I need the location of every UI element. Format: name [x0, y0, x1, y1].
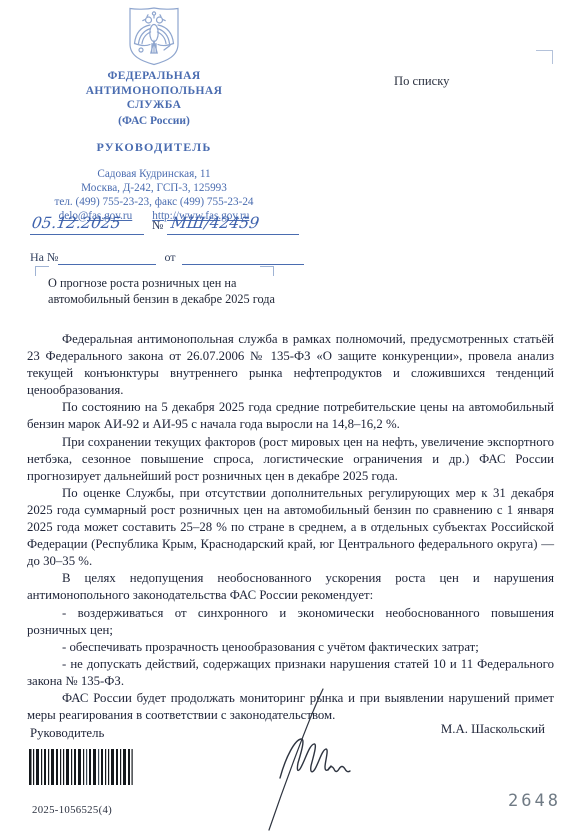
- page-corner-mark: [536, 50, 553, 64]
- reply-reference-row: На №от: [30, 244, 340, 261]
- page-number-stamp: 2648: [508, 791, 561, 811]
- body-paragraph: - не допускать действий, содержащих приз…: [27, 656, 554, 690]
- address-phone-fax: тел. (499) 755-23-23, факс (499) 755-23-…: [28, 195, 280, 209]
- org-name: ФЕДЕРАЛЬНАЯ АНТИМОНОПОЛЬНАЯ СЛУЖБА: [28, 69, 280, 113]
- address-city: Москва, Д-242, ГСП-3, 125993: [28, 181, 280, 195]
- reply-number-field: [58, 244, 156, 265]
- outgoing-number-field: МШ/42459: [167, 214, 299, 235]
- body-paragraph: При сохранении текущих факторов (рост ми…: [27, 434, 554, 485]
- number-sign: №: [152, 218, 163, 235]
- subject-corner-mark-left: [35, 266, 49, 276]
- document-code: 2025-1056525(4): [32, 804, 112, 816]
- subject-corner-mark-right: [260, 266, 274, 276]
- letterhead: ФЕДЕРАЛЬНАЯ АНТИМОНОПОЛЬНАЯ СЛУЖБА (ФАС …: [28, 6, 280, 222]
- outgoing-date-field: 05.12.2025: [30, 214, 144, 235]
- outgoing-reference-row: 05.12.2025№МШ/42459: [30, 214, 330, 237]
- addressee: По списку: [394, 74, 449, 89]
- handwritten-number: МШ/42459: [170, 214, 261, 232]
- scanned-letter-page: ФЕДЕРАЛЬНАЯ АНТИМОНОПОЛЬНАЯ СЛУЖБА (ФАС …: [0, 0, 579, 833]
- address-street: Садовая Кудринская, 11: [28, 167, 280, 181]
- body-paragraph: Федеральная антимонопольная служба в рам…: [27, 331, 554, 399]
- reply-from-label: от: [164, 250, 175, 264]
- body-paragraph: По состоянию на 5 декабря 2025 года сред…: [27, 399, 554, 433]
- handwritten-signature-icon: [262, 686, 354, 832]
- sender-position-title: РУКОВОДИТЕЛЬ: [28, 140, 280, 155]
- org-short-name: (ФАС России): [28, 115, 280, 127]
- reply-label: На №: [30, 250, 58, 264]
- signer-name: М.А. Шаскольский: [441, 722, 545, 737]
- barcode: [29, 749, 133, 785]
- body-paragraph: В целях недопущения необоснованного уско…: [27, 570, 554, 604]
- handwritten-date: 05.12.2025: [31, 214, 122, 232]
- signer-position: Руководитель: [30, 726, 104, 741]
- body-paragraph: - воздерживаться от синхронного и эконом…: [27, 605, 554, 639]
- body-paragraph: - обеспечивать прозрачность ценообразова…: [27, 639, 554, 656]
- letter-subject: О прогнозе роста розничных цен на автомо…: [48, 276, 328, 308]
- coat-of-arms-icon: [127, 6, 181, 66]
- letter-body: Федеральная антимонопольная служба в рам…: [27, 331, 554, 724]
- reply-date-field: [182, 244, 304, 265]
- body-paragraph: По оценке Службы, при отсутствии дополни…: [27, 485, 554, 570]
